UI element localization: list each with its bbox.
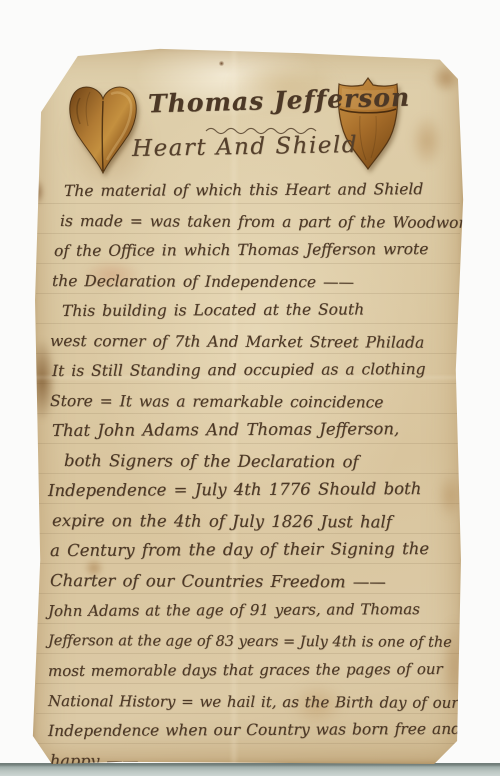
handwritten-line: is made = was taken from a part of the W… [60,206,456,238]
handwritten-line: That John Adams And Thomas Jefferson, [52,414,456,446]
handwritten-line: Independence = July 4th 1776 Should both [48,474,456,506]
stain [404,104,450,178]
handwritten-line: Independence when our Country was born f… [48,714,456,746]
handwritten-line: expire on the 4th of July 1826 Just half [52,506,456,538]
handwritten-line: the Declaration of Independence —— [52,266,456,298]
handwritten-line: Charter of our Countries Freedom —— [50,566,456,598]
handwritten-line: It is Still Standing and occupied as a c… [52,354,456,386]
handwritten-line: both Signers of the Declaration of [64,446,456,478]
handwritten-line: John Adams at the age of 91 years, and T… [48,594,456,626]
scanner-edge-bar [0,763,500,776]
stain [218,60,225,67]
handwritten-line: west corner of 7th And Market Street Phi… [50,326,456,358]
handwritten-line: The material of which this Heart and Shi… [64,174,456,206]
stain [27,174,47,210]
manuscript-body: The material of which this Heart and Shi… [48,176,456,776]
manuscript-paper: Thomas Jefferson Heart And Shield The ma… [32,46,464,764]
handwritten-line: National History = we hail it, as the Bi… [48,686,456,718]
handwritten-line: Jefferson at the age of 83 years = July … [48,626,456,658]
handwritten-line: Store = It was a remarkable coincidence [50,386,456,418]
handwritten-line: This building is Located at the South [62,294,456,326]
handwritten-line: of the Office in which Thomas Jefferson … [54,234,456,266]
handwritten-line: most memorable days that graces the page… [48,654,456,686]
document-subtitle: Heart And Shield [132,132,358,162]
handwritten-line: a Century from the day of their Signing … [50,534,456,566]
wooden-heart-icon [68,82,138,176]
scan-background: Thomas Jefferson Heart And Shield The ma… [0,0,500,776]
stain [426,58,466,98]
